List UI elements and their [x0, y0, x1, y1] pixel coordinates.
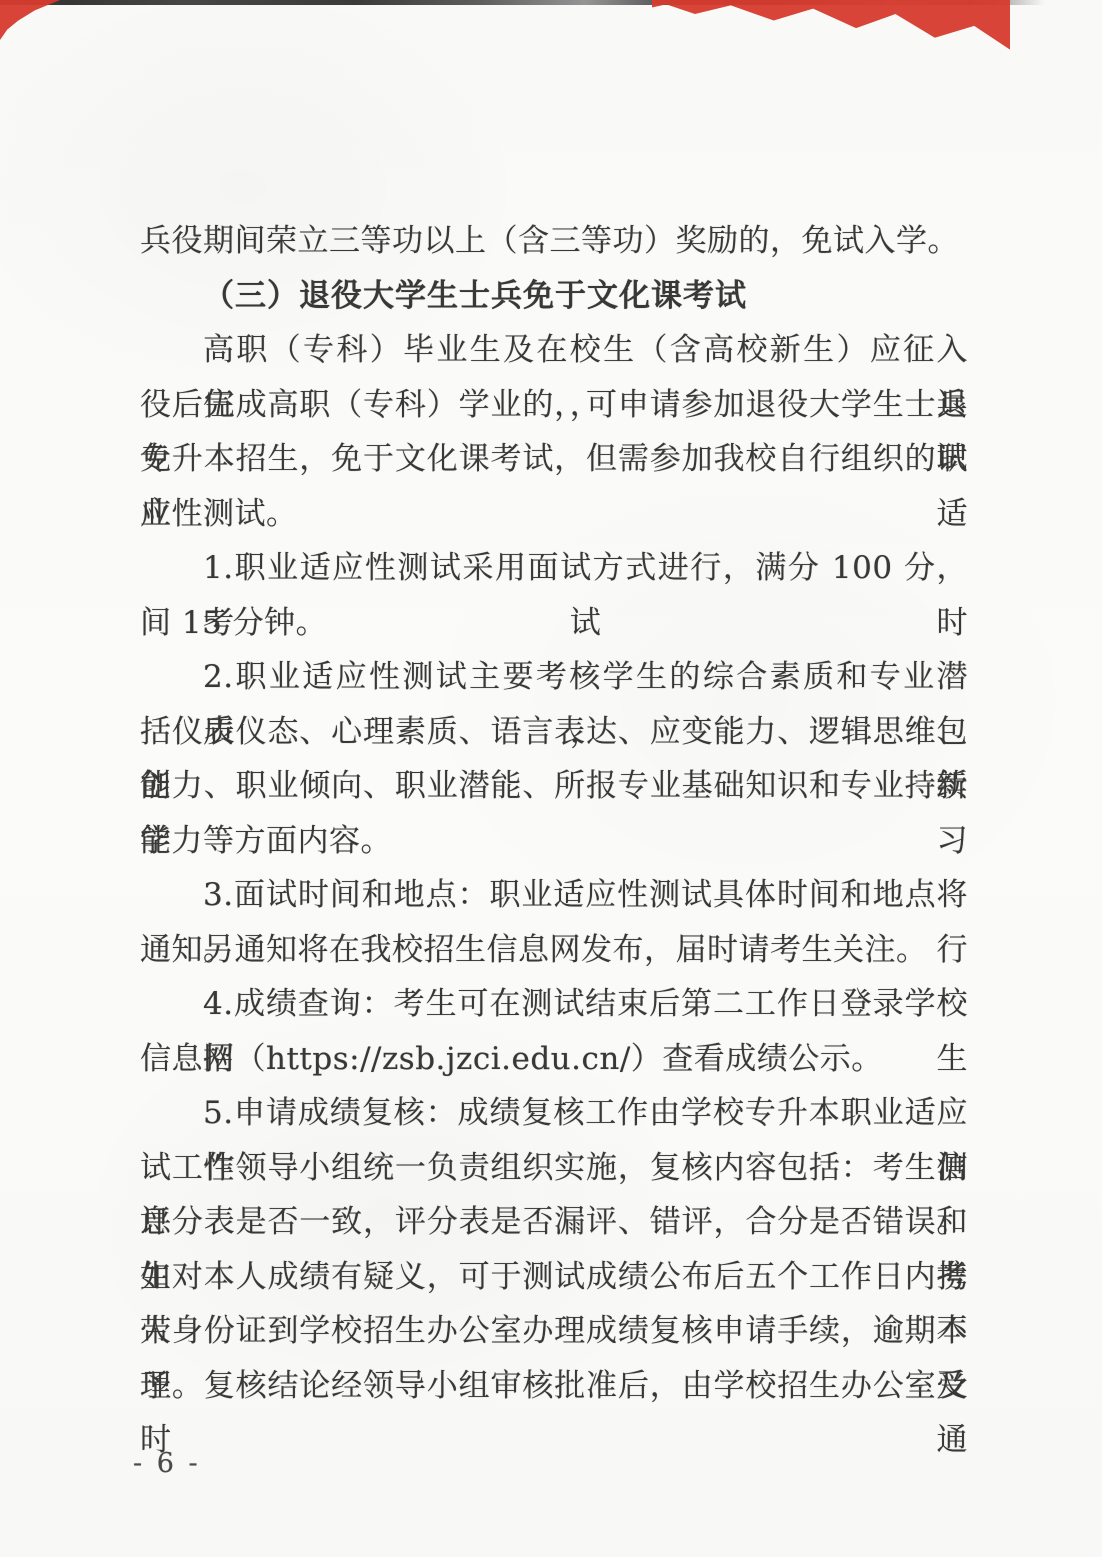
text-line: 试工作领导小组统一负责组织实施，复核内容包括：考生信息和 [140, 1141, 968, 1196]
text-line: 能力、职业倾向、职业潜能、所报专业基础知识和专业持续学习 [140, 759, 968, 814]
text-line: 役后完成高职（专科）学业的，可申请参加退役大学生士兵免试 [140, 378, 968, 433]
red-tear-mark-top-left [0, 0, 60, 40]
text-line: 人身份证到学校招生办公室办理成绩复核申请手续，逾期不予受 [140, 1304, 968, 1359]
text-line-url: 信息网（https://zsb.jzci.edu.cn/）查看成绩公示。 [140, 1032, 968, 1087]
section-heading: （三）退役大学生士兵免于文化课考试 [140, 269, 968, 324]
document-body: 兵役期间荣立三等功以上（含三等功）奖励的，免试入学。 （三）退役大学生士兵免于文… [140, 214, 968, 1413]
page-number: - 6 - [133, 1448, 201, 1479]
text-line: 理。复核结论经领导小组审核批准后，由学校招生办公室及时通 [140, 1359, 968, 1414]
text-line-item-1: 1.职业适应性测试采用面试方式进行，满分 100 分，考试时 [140, 541, 968, 596]
red-tear-mark-top-right [652, 0, 1010, 54]
text-line: 括仪表仪态、心理素质、语言表达、应变能力、逻辑思维、创新 [140, 705, 968, 760]
text-line-item-2: 2.职业适应性测试主要考核学生的综合素质和专业潜质，包 [140, 650, 968, 705]
text-line: 通知。通知将在我校招生信息网发布，届时请考生关注。 [140, 923, 968, 978]
text-line: 高职（专科）毕业生及在校生（含高校新生）应征入伍，退 [140, 323, 968, 378]
text-line-item-3: 3.面试时间和地点：职业适应性测试具体时间和地点将另行 [140, 868, 968, 923]
document-page: 兵役期间荣立三等功以上（含三等功）奖励的，免试入学。 （三）退役大学生士兵免于文… [0, 0, 1102, 1557]
text-line-item-4: 4.成绩查询：考生可在测试结束后第二工作日登录学校招生 [140, 977, 968, 1032]
text-line-item-5: 5.申请成绩复核：成绩复核工作由学校专升本职业适应性测 [140, 1086, 968, 1141]
text-line: 专升本招生，免于文化课考试，但需参加我校自行组织的职业适 [140, 432, 968, 487]
text-line: 兵役期间荣立三等功以上（含三等功）奖励的，免试入学。 [140, 214, 968, 269]
text-line: 生对本人成绩有疑义，可于测试成绩公布后五个工作日内携带本 [140, 1250, 968, 1305]
text-line: 评分表是否一致，评分表是否漏评、错评，合分是否错误。如考 [140, 1195, 968, 1250]
